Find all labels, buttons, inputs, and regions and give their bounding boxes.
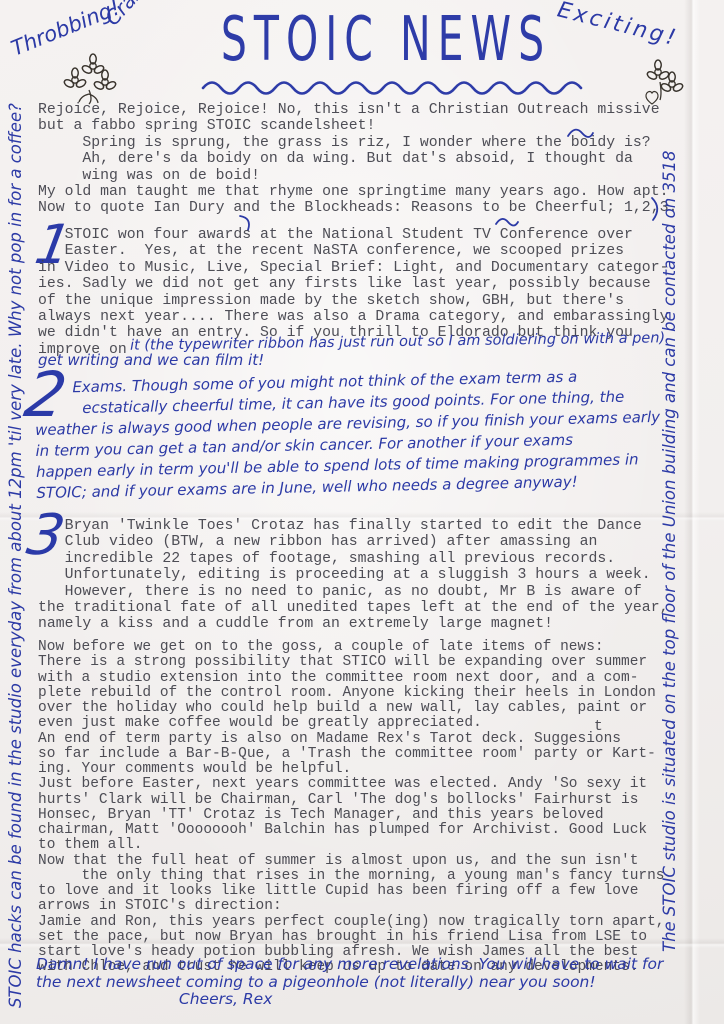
margin-note-right: The STOIC studio is situated on the top … xyxy=(660,110,679,952)
paper-fold-vertical xyxy=(684,0,700,1024)
pen-squiggle xyxy=(566,126,594,140)
typo-correction-t: t xyxy=(594,720,603,735)
section-1-pen-note-2: get writing and we can film it! xyxy=(38,351,264,369)
newsletter-title: STOIC NEWS xyxy=(190,3,582,75)
newsletter-page: Throbbing! Crazy! STOIC NEWS Exciting! xyxy=(0,0,724,1024)
section-2-paragraph: Exams. Though some of you might not thin… xyxy=(34,365,662,504)
outro-note: Damn! I have run out of space for any mo… xyxy=(36,956,663,1009)
intro-paragraph: Rejoice, Rejoice, Rejoice! No, this isn'… xyxy=(38,102,677,217)
wavy-underline-doodle xyxy=(200,76,586,96)
section-3-paragraph: Bryan 'Twinkle Toes' Crotaz has finally … xyxy=(38,518,668,633)
body-paragraphs: Now before we get on to the goss, a coup… xyxy=(38,640,665,976)
flower-doodle-left xyxy=(55,50,127,106)
margin-note-left: STOIC hacks can be found in the studio e… xyxy=(6,108,25,1008)
slogan-crazy: Crazy! xyxy=(100,0,161,30)
